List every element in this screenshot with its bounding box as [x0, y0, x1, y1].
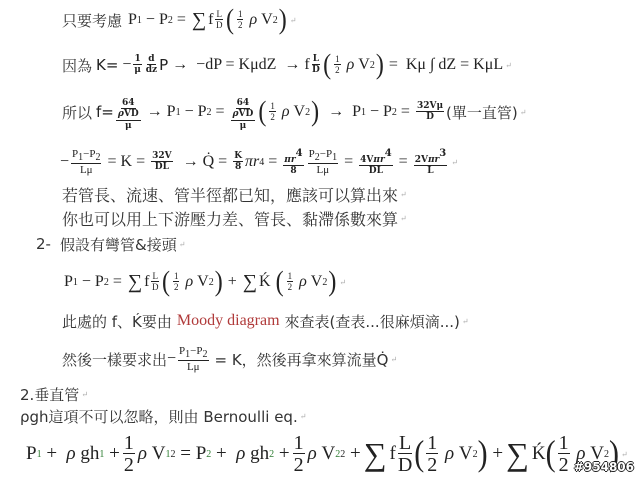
- equation-friction-factor: f= 64ρVDμ → P1 − P2 = 64ρVDμ (12 ρ V2) →…: [96, 93, 446, 131]
- line-12: ρgh這項不可以忽略，則由 Bernoulli eq. ↵: [20, 406, 306, 426]
- line-1-prefix: 只要考慮: [62, 10, 122, 31]
- line-5: 若管長、流速、管半徑都已知，應該可以算出來 ↵: [62, 183, 407, 205]
- line-8: P1 − P2 = ∑fLD(12 ρ V2) + ∑Ḱ (12 ρ V2) ↵: [64, 264, 346, 300]
- section-vertical-pipe: 2.垂直管: [20, 384, 79, 405]
- line-9: 此處的 f、Ḱ要由 Moody diagram 來查表(查表...很麻煩滴...…: [62, 310, 469, 332]
- line-3-suffix: (單一直管): [446, 102, 518, 123]
- note-pressure-diff: 你也可以用上下游壓力差、管長、黏滯係數來算: [62, 207, 398, 230]
- equation-bernoulli-extended: P1 + ρ gh1 +12ρ V12 = P2 + ρ gh2 +12ρ V2…: [26, 433, 619, 475]
- line-1: 只要考慮 P1 − P2 = ∑fLD(12 ρ V2) ↵: [62, 3, 296, 37]
- line-13: P1 + ρ gh1 +12ρ V12 = P2 + ρ gh2 +12ρ V2…: [26, 432, 628, 476]
- equation-k-from-pressure: −P1−P2Lμ: [167, 346, 210, 373]
- paragraph-mark: ↵: [290, 16, 297, 25]
- line-10: 然後一樣要求出 −P1−P2Lμ = K，然後再拿來算流量Q̇ ↵: [62, 342, 397, 376]
- line-9-suffix: 來查表(查表...很麻煩滴...): [285, 311, 460, 332]
- moody-diagram-text: Moody diagram: [177, 312, 280, 330]
- paragraph-mark: ↵: [339, 278, 346, 287]
- paragraph-mark: ↵: [81, 390, 88, 399]
- note-bernoulli: ρgh這項不可以忽略，則由 Bernoulli eq.: [20, 406, 298, 427]
- line-2: 因為 K= −1μddzP → −dP = KμdZ → fLD(12 ρ V2…: [62, 48, 512, 82]
- paragraph-mark: ↵: [400, 214, 407, 223]
- line-10-mid: = K，然後再拿來算流量Q̇: [215, 349, 389, 370]
- paragraph-mark: ↵: [462, 317, 469, 326]
- paragraph-mark: ↵: [300, 412, 307, 421]
- line-6: 你也可以用上下游壓力差、管長、黏滯係數來算 ↵: [62, 207, 407, 229]
- line-9-prefix: 此處的 f、Ḱ要由: [62, 311, 172, 332]
- watermark-id: #954806: [574, 460, 634, 474]
- equation-flow-rate: −P1−P2Lμ = K = 32VDL → Q̇ = K8πr4 = πr48…: [60, 149, 449, 176]
- line-11: 2.垂直管 ↵: [20, 384, 88, 404]
- equation-pressure-drop: P1 − P2 = ∑fLD(12 ρ V2): [128, 7, 288, 34]
- line-3-prefix: 所以: [62, 102, 92, 123]
- list-number: 2-: [36, 235, 60, 253]
- line-3: 所以 f= 64ρVDμ → P1 − P2 = 64ρVDμ (12 ρ V2…: [62, 92, 526, 132]
- paragraph-mark: ↵: [520, 108, 527, 117]
- line-10-prefix: 然後一樣要求出: [62, 349, 167, 370]
- section-bends-fittings: 假設有彎管&接頭: [60, 234, 177, 255]
- paragraph-mark: ↵: [451, 158, 458, 167]
- line-2-prefix: 因為: [62, 55, 92, 76]
- line-4: −P1−P2Lμ = K = 32VDL → Q̇ = K8πr4 = πr48…: [60, 144, 458, 180]
- equation-k-definition: K= −1μddzP → −dP = KμdZ → fLD(12 ρ V2) =…: [96, 52, 503, 79]
- equation-minor-losses: P1 − P2 = ∑fLD(12 ρ V2) + ∑Ḱ (12 ρ V2): [64, 269, 337, 296]
- paragraph-mark: ↵: [505, 61, 512, 70]
- paragraph-mark: ↵: [400, 190, 407, 199]
- note-known-params: 若管長、流速、管半徑都已知，應該可以算出來: [62, 183, 398, 206]
- paragraph-mark: ↵: [390, 355, 397, 364]
- line-7: 2- 假設有彎管&接頭 ↵: [36, 233, 185, 255]
- paragraph-mark: ↵: [179, 240, 186, 249]
- paragraph-mark: ↵: [621, 450, 628, 459]
